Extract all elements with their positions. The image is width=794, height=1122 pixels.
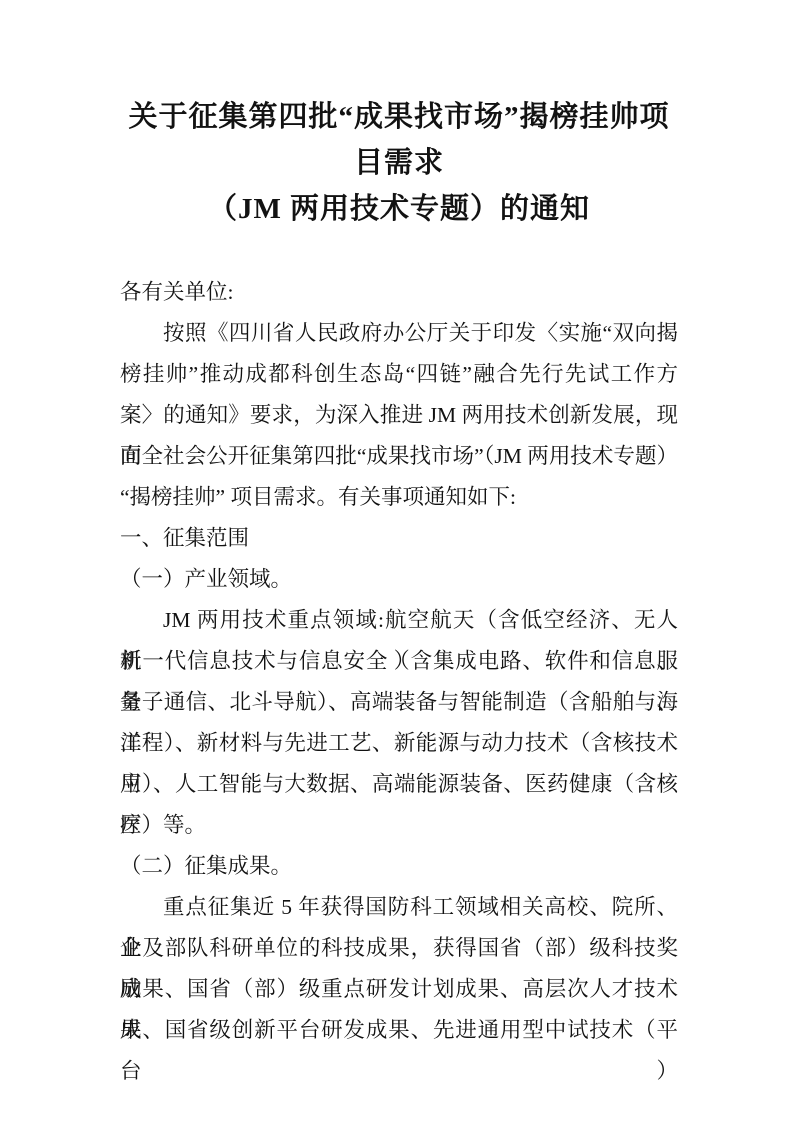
- body-line: 业及部队科研单位的科技成果，获得国省（部）级科技奖励: [120, 928, 678, 969]
- document-content: 关于征集第四批“成果找市场”揭榜挂帅项目需求 （JM 两用技术专题）的通知 各有…: [120, 94, 678, 1051]
- body-line: 量子通信、北斗导航）、高端装备与智能制造（含船舶与海洋: [120, 682, 678, 723]
- body-line: 按照《四川省人民政府办公厅关于印发〈实施“双向揭: [120, 313, 678, 354]
- document-page: 关于征集第四批“成果找市场”揭榜挂帅项目需求 （JM 两用技术专题）的通知 各有…: [0, 0, 794, 1122]
- title-line-2: （JM 两用技术专题）的通知: [120, 186, 678, 232]
- body-line: 新一代信息技术与信息安全（含集成电路、软件和信息服务、: [120, 641, 678, 682]
- body-line: 榜挂帅”推动成都科创生态岛“四链”融合先行先试工作方: [120, 354, 678, 395]
- sub-heading: （二）征集成果。: [120, 846, 678, 887]
- document-title: 关于征集第四批“成果找市场”揭榜挂帅项目需求 （JM 两用技术专题）的通知: [120, 94, 678, 232]
- body-line: 案〉的通知》要求，为深入推进 JM 两用技术创新发展，现面: [120, 395, 678, 436]
- sub-heading: （一）产业领域。: [120, 559, 678, 600]
- body-line: JM 两用技术重点领域:航空航天（含低空经济、无人机）、: [120, 600, 678, 641]
- body-line: 果、国省级创新平台研发成果、先进通用型中试技术（平台）: [120, 1010, 678, 1051]
- body-line: 重点征集近 5 年获得国防科工领域相关高校、院所、企: [120, 887, 678, 928]
- body-line: 成果、国省（部）级重点研发计划成果、高层次人才技术成: [120, 969, 678, 1010]
- body-line: “揭榜挂帅” 项目需求。有关事项通知如下:: [120, 477, 678, 518]
- section-heading: 一、征集范围: [120, 518, 678, 559]
- body-line: 疗）等。: [120, 805, 678, 846]
- body-line: 向全社会公开征集第四批“成果找市场”（JM 两用技术专题）: [120, 436, 678, 477]
- title-line-1: 关于征集第四批“成果找市场”揭榜挂帅项目需求: [120, 94, 678, 186]
- document-body: 各有关单位: 按照《四川省人民政府办公厅关于印发〈实施“双向揭 榜挂帅”推动成都…: [120, 272, 678, 1051]
- body-line: 工程）、新材料与先进工艺、新能源与动力技术（含核技术应: [120, 723, 678, 764]
- salutation-line: 各有关单位:: [120, 272, 678, 313]
- body-line: 用）、人工智能与大数据、高端能源装备、医药健康（含核医: [120, 764, 678, 805]
